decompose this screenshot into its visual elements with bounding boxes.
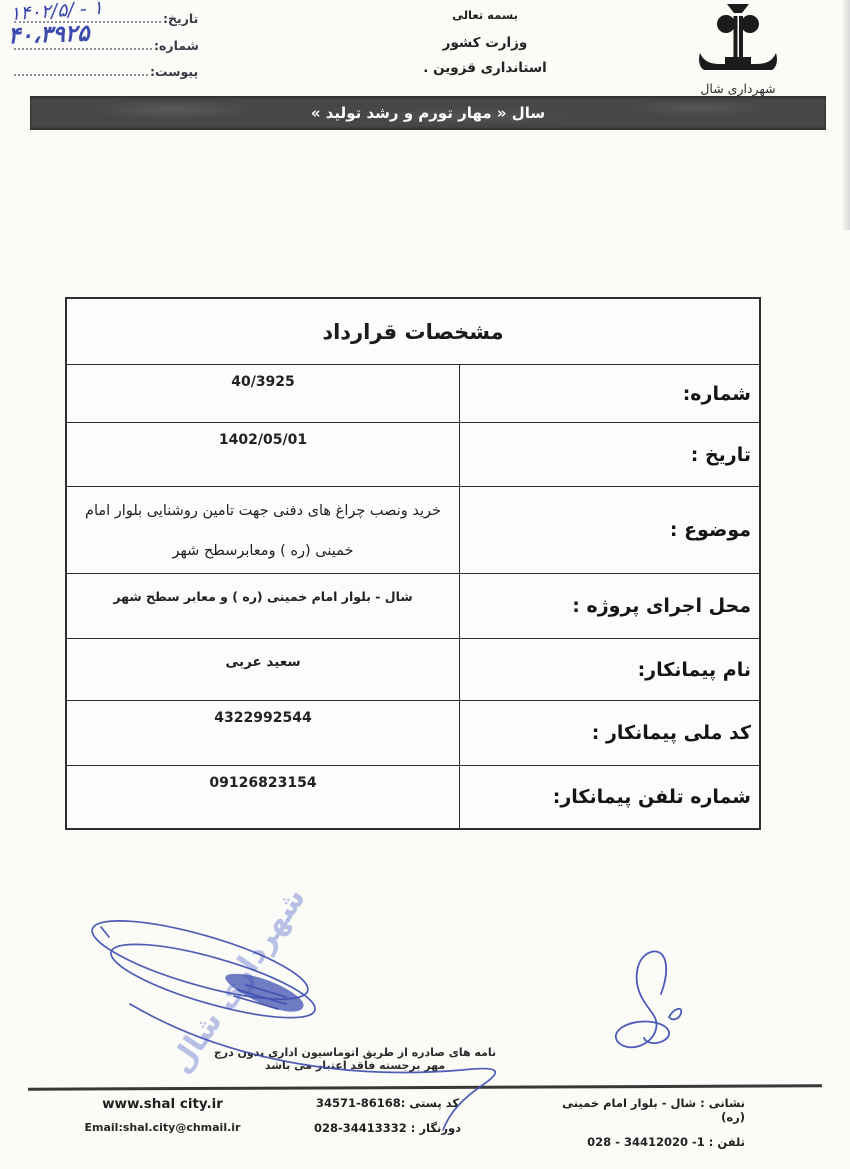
contract-subject-row: موضوع : خرید ونصب چراغ های دفنی جهت تامی… [67, 487, 759, 574]
table-title: مشخصات قرارداد [67, 299, 759, 365]
number-label: شماره: [154, 38, 199, 53]
contractor-national-id-row: کد ملی پیمانکار : 4322992544 [67, 701, 759, 766]
contract-date-row: تاریخ : 1402/05/01 [67, 423, 759, 487]
scan-edge-artifact [841, 0, 850, 230]
contractor-phone-label: شماره تلفن پیمانکار: [459, 766, 759, 828]
year-slogan-banner: سال « مهار تورم و رشد تولید » [30, 96, 826, 130]
scanned-letter-page: تاریخ: ۱۴۰۲/۵/ - ۱ شماره: ۴۰،۳۹۲۵ پیوست:… [0, 0, 850, 1169]
contract-number-label: شماره: [459, 365, 759, 422]
bismillah-text: بسمه تعالی [405, 8, 565, 22]
attachment-dotted-line [14, 74, 148, 76]
contractor-national-id-label: کد ملی پیمانکار : [459, 701, 759, 765]
municipality-logo-icon [695, 3, 781, 75]
letterhead-center: بسمه تعالی وزارت کشور استانداری قزوین . [405, 8, 565, 76]
contractor-name-value: سعید عربی [67, 639, 459, 700]
municipality-logo: شهرداری شال [686, 3, 790, 96]
contractor-national-id-value: 4322992544 [67, 701, 459, 765]
contractor-name-row: نام پیمانکار: سعید عربی [67, 639, 759, 701]
governorate-name: استانداری قزوین . [405, 60, 565, 76]
contract-number-row: شماره: 40/3925 [67, 365, 759, 423]
ministry-name: وزارت کشور [405, 35, 565, 51]
contract-number-value: 40/3925 [67, 365, 459, 422]
project-location-row: محل اجرای پروژه : شال - بلوار امام خمینی… [67, 574, 759, 639]
contractor-phone-row: شماره تلفن پیمانکار: 09126823154 [67, 766, 759, 828]
left-signature [85, 905, 495, 1130]
handwritten-number: ۴۰،۳۹۲۵ [8, 21, 90, 50]
signatures-overlay [60, 880, 800, 1150]
contractor-phone-value: 09126823154 [67, 766, 459, 828]
right-signature [616, 951, 681, 1047]
logo-caption: شهرداری شال [686, 81, 790, 96]
contractor-name-label: نام پیمانکار: [459, 639, 759, 700]
project-location-value: شال - بلوار امام خمینی (ره ) و معابر سطح… [67, 574, 459, 638]
contract-subject-value: خرید ونصب چراغ های دفنی جهت تامین روشنای… [67, 487, 459, 573]
attachment-label: پیوست: [150, 64, 198, 79]
contract-spec-table: مشخصات قرارداد شماره: 40/3925 تاریخ : 14… [65, 297, 761, 830]
contract-date-label: تاریخ : [459, 423, 759, 486]
project-location-label: محل اجرای پروژه : [459, 574, 759, 638]
contract-date-value: 1402/05/01 [67, 423, 459, 486]
date-label: تاریخ: [163, 11, 198, 26]
reference-block: تاریخ: ۱۴۰۲/۵/ - ۱ شماره: ۴۰،۳۹۲۵ پیوست: [6, 2, 206, 92]
contract-subject-label: موضوع : [459, 487, 759, 573]
left-signature-blob [225, 974, 303, 1012]
year-slogan-text: سال « مهار تورم و رشد تولید » [311, 104, 545, 122]
